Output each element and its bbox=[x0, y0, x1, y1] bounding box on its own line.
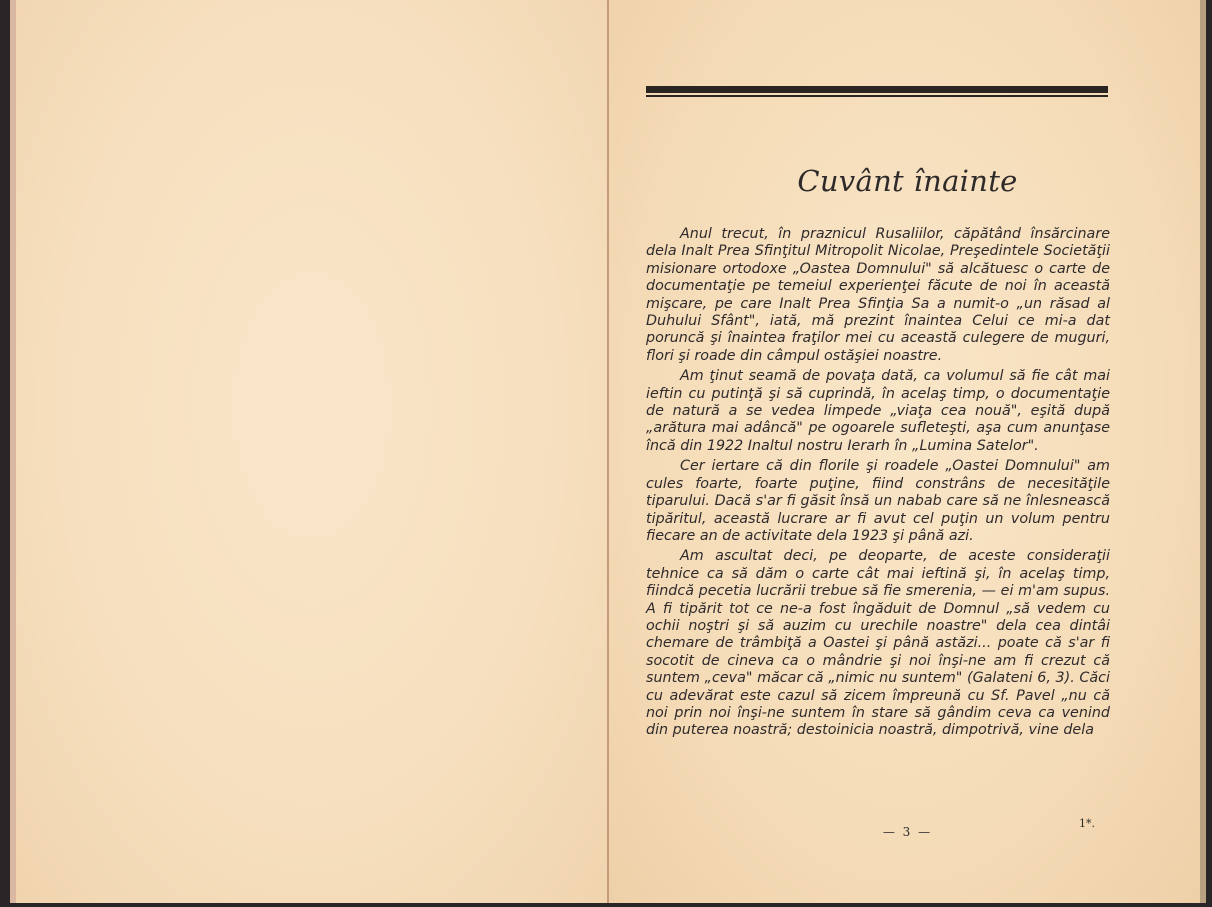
paragraph: Am ascultat deci, pe deoparte, de aceste… bbox=[646, 548, 1110, 739]
paragraph: Am ţinut seamă de povaţa dată, ca volumu… bbox=[646, 368, 1110, 455]
paragraph: Cer iertare că din florile şi roadele „O… bbox=[646, 458, 1110, 545]
paragraph: Anul trecut, în praznicul Rusaliilor, că… bbox=[646, 226, 1110, 365]
header-rule-thin bbox=[646, 95, 1108, 97]
page-number: — 3 — bbox=[609, 825, 1206, 839]
chapter-title: Cuvânt înainte bbox=[609, 164, 1206, 198]
left-page-blank bbox=[10, 0, 607, 903]
header-rule-thick bbox=[646, 86, 1108, 93]
book-spread: Cuvânt înainte Anul trecut, în praznicul… bbox=[10, 0, 1206, 903]
body-text: Anul trecut, în praznicul Rusaliilor, că… bbox=[646, 226, 1110, 743]
signature-mark: 1*. bbox=[1079, 817, 1095, 830]
right-page: Cuvânt înainte Anul trecut, în praznicul… bbox=[609, 0, 1206, 903]
